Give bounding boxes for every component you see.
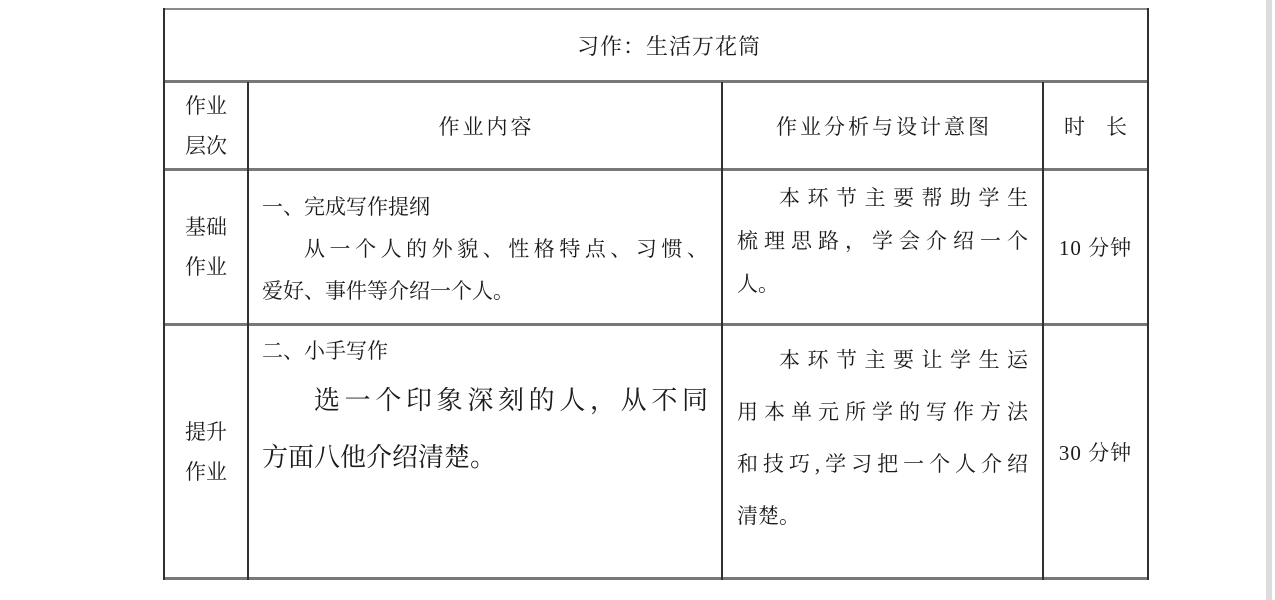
header-level-line1: 作业 — [185, 86, 227, 126]
header-level-line2: 层次 — [185, 126, 227, 166]
scan-edge-band — [1266, 0, 1272, 600]
row2-analysis-line4: 清楚。 — [737, 490, 1028, 542]
row2-content-line3: 方面八他介绍清楚。 — [262, 429, 708, 486]
row2-analysis-line3: 和技巧,学习把一个人介绍 — [737, 438, 1028, 490]
row1-content-line1: 一、完成写作提纲 — [262, 186, 708, 228]
row2-analysis-line2: 用本单元所学的写作方法 — [737, 386, 1028, 438]
row1-duration: 10 分钟 — [1044, 171, 1147, 323]
row1-content: 一、完成写作提纲 从一个人的外貌、性格特点、习惯、 爱好、事件等介绍一个人。 — [249, 171, 721, 323]
header-duration: 时 长 — [1044, 83, 1147, 168]
row1-label-line1: 基础 — [185, 207, 227, 247]
row2-duration: 30 分钟 — [1044, 326, 1147, 577]
row1-analysis: 本环节主要帮助学生 梳理思路，学会介绍一个 人。 — [723, 171, 1042, 323]
row1-analysis-line3: 人。 — [737, 263, 1028, 306]
row1-label-line2: 作业 — [185, 247, 227, 287]
row2-content-line1: 二、小手写作 — [262, 330, 708, 372]
header-analysis: 作业分析与设计意图 — [723, 83, 1042, 168]
table-border-right — [1147, 8, 1149, 580]
row1-content-line2: 从一个人的外貌、性格特点、习惯、 — [262, 228, 708, 270]
row2-label-line1: 提升 — [185, 412, 227, 452]
row1-analysis-line1: 本环节主要帮助学生 — [737, 177, 1028, 220]
row2-label-line2: 作业 — [185, 452, 227, 492]
homework-design-table: 习作：生活万花筒 作业 层次 作业内容 作业分析与设计意图 时 长 基础 作业 … — [163, 8, 1149, 580]
table-title: 习作：生活万花筒 — [165, 10, 1147, 80]
row1-level-label: 基础 作业 — [165, 171, 247, 323]
header-content: 作业内容 — [249, 83, 721, 168]
row2-content: 二、小手写作 选一个印象深刻的人，从不同 方面八他介绍清楚。 — [249, 326, 721, 577]
row2-analysis-line1: 本环节主要让学生运 — [737, 334, 1028, 386]
row1-content-line3: 爱好、事件等介绍一个人。 — [262, 270, 708, 312]
scanned-document-page: 习作：生活万花筒 作业 层次 作业内容 作业分析与设计意图 时 长 基础 作业 … — [0, 0, 1275, 600]
table-border-bottom — [163, 577, 1149, 580]
row2-analysis: 本环节主要让学生运 用本单元所学的写作方法 和技巧,学习把一个人介绍 清楚。 — [723, 326, 1042, 577]
header-level: 作业 层次 — [165, 83, 247, 168]
row2-content-line2: 选一个印象深刻的人，从不同 — [262, 372, 708, 429]
row2-level-label: 提升 作业 — [165, 326, 247, 577]
row1-analysis-line2: 梳理思路，学会介绍一个 — [737, 220, 1028, 263]
